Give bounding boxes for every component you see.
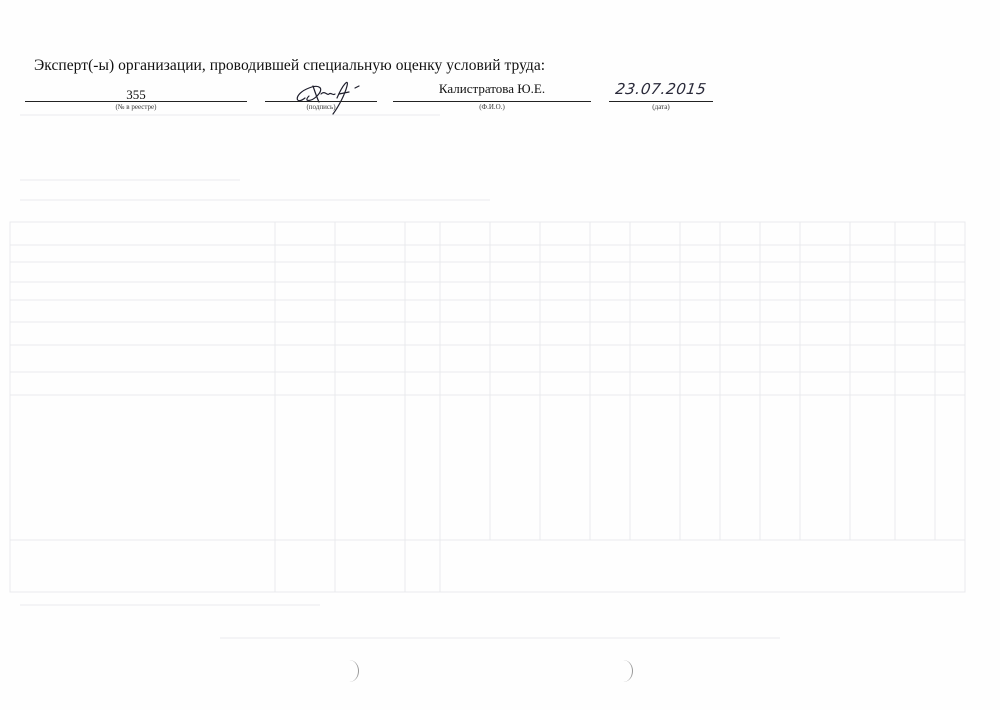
registry-number-field: 355 (№ в реестре) xyxy=(25,84,247,118)
signature-label: (подпись) xyxy=(265,103,377,112)
date-field: 23.07.2015 (дата) xyxy=(609,84,713,118)
date-value: 23.07.2015 xyxy=(608,81,714,97)
full-name-value: Калистратова Ю.Е. xyxy=(393,81,591,97)
signature-line xyxy=(265,101,377,102)
date-line xyxy=(609,101,713,102)
punch-hole-mark-right xyxy=(614,660,633,682)
punch-hole-mark-left xyxy=(340,660,359,682)
signature-field: (подпись) xyxy=(265,84,377,118)
scanned-page: Эксперт(-ы) организации, проводившей спе… xyxy=(0,0,1000,710)
full-name-label: (Ф.И.О.) xyxy=(393,103,591,112)
date-label: (дата) xyxy=(609,103,713,112)
full-name-line xyxy=(393,101,591,102)
expert-heading: Эксперт(-ы) организации, проводившей спе… xyxy=(34,57,545,75)
full-name-field: Калистратова Ю.Е. (Ф.И.О.) xyxy=(393,84,591,118)
registry-number-label: (№ в реестре) xyxy=(25,103,247,112)
registry-number-line xyxy=(25,101,247,102)
